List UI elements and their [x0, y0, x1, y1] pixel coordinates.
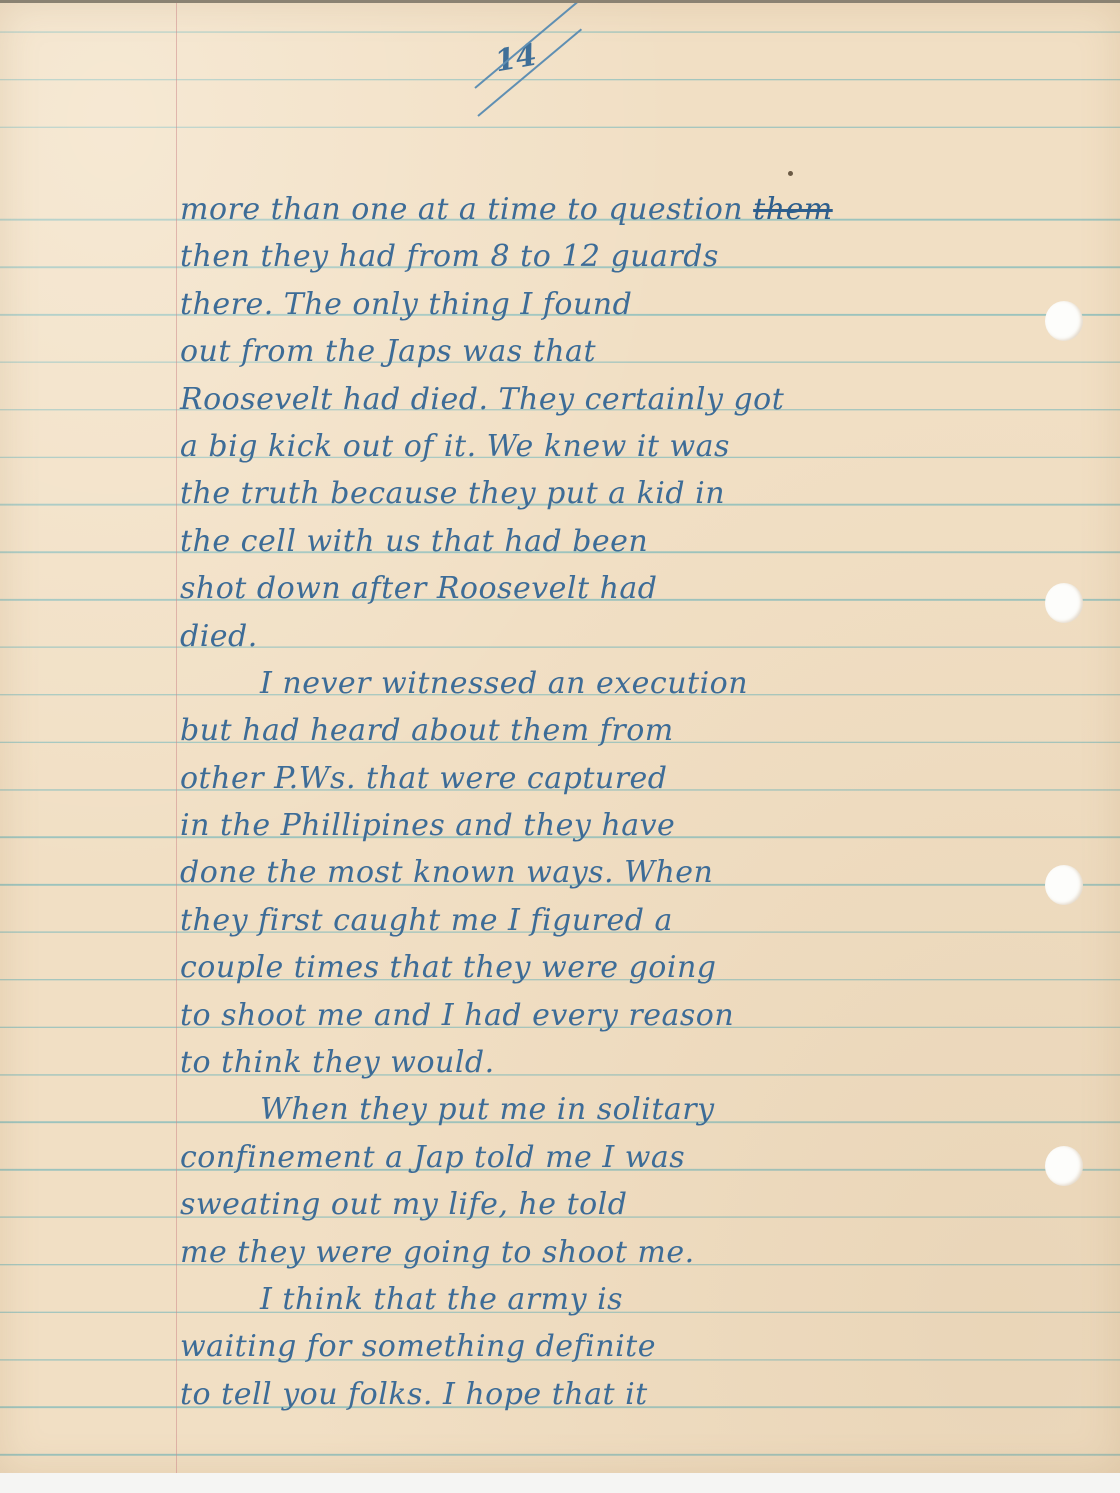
text-line: but had heard about them from — [180, 707, 1095, 754]
paragraph-start-line: I think that the army is — [180, 1276, 1095, 1323]
text-line: to shoot me and I had every reason — [180, 992, 1095, 1039]
text-line: Roosevelt had died. They certainly got — [180, 376, 1095, 423]
text-line: they first caught me I figured a — [180, 897, 1095, 944]
text-line: to tell you folks. I hope that it — [180, 1371, 1095, 1418]
text-line: confinement a Jap told me I was — [180, 1134, 1095, 1181]
text-line: the cell with us that had been — [180, 518, 1095, 565]
text-line: then they had from 8 to 12 guards — [180, 233, 1095, 280]
paragraph-start-line: I never witnessed an execution — [180, 660, 1095, 707]
page-number: 14 — [492, 38, 539, 80]
text-line: shot down after Roosevelt had — [180, 565, 1095, 612]
margin-line — [176, 3, 177, 1473]
text-line: to think they would. — [180, 1039, 1095, 1086]
text-line: other P.Ws. that were captured — [180, 755, 1095, 802]
text-line: a big kick out of it. We knew it was — [180, 423, 1095, 470]
text-line: the truth because they put a kid in — [180, 470, 1095, 517]
text-line: more than one at a time to question them — [180, 186, 1095, 233]
text-line: done the most known ways. When — [180, 849, 1095, 896]
handwritten-text: more than one at a time to question them… — [180, 186, 1095, 1418]
text-line: died. — [180, 613, 1095, 660]
ink-spot — [788, 171, 793, 176]
struck-word: them — [753, 192, 833, 227]
text-line: waiting for something definite — [180, 1323, 1095, 1370]
paragraph-start-line: When they put me in solitary — [180, 1086, 1095, 1133]
text-line: in the Phillipines and they have — [180, 802, 1095, 849]
text-line: out from the Japs was that — [180, 328, 1095, 375]
text-line: there. The only thing I found — [180, 281, 1095, 328]
letter-page: 14 more than one at a time to question t… — [0, 3, 1120, 1473]
text-line: me they were going to shoot me. — [180, 1229, 1095, 1276]
text-line: sweating out my life, he told — [180, 1181, 1095, 1228]
text-line: couple times that they were going — [180, 944, 1095, 991]
scan-top-edge — [0, 0, 1120, 3]
line-text: more than one at a time to question — [180, 192, 743, 227]
